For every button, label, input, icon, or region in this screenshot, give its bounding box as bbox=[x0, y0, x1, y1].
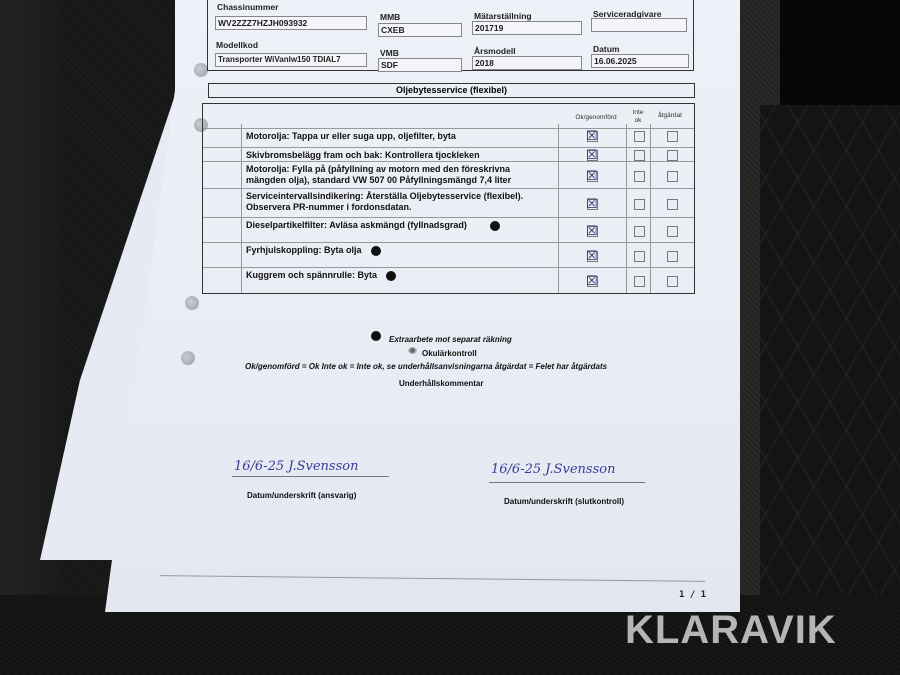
comment-heading: Underhållskommentar bbox=[399, 379, 483, 388]
fixed-checkbox[interactable] bbox=[667, 276, 678, 287]
check-mark-icon: ☒ bbox=[586, 148, 598, 161]
table-row: Motorolja: Tappa ur eller suga upp, olje… bbox=[203, 128, 694, 143]
check-mark-icon: ☒ bbox=[586, 129, 598, 142]
not-ok-checkbox[interactable] bbox=[634, 199, 645, 210]
extra-work-dot-icon bbox=[490, 221, 500, 231]
table-row: Kuggrem och spännrulle: Byta☒ bbox=[203, 267, 694, 294]
task-text: Kuggrem och spännrulle: Byta bbox=[246, 270, 486, 281]
table-row: Fyrhjulskoppling: Byta olja☒ bbox=[203, 242, 694, 268]
task-text: Serviceintervallsindikering: Återställa … bbox=[246, 191, 551, 213]
floor-mat bbox=[760, 105, 900, 675]
fixed-checkbox[interactable] bbox=[667, 131, 678, 142]
fixed-checkbox[interactable] bbox=[667, 199, 678, 210]
check-mark-icon: ☒ bbox=[586, 197, 598, 210]
seat-edge bbox=[0, 0, 60, 675]
fixed-checkbox[interactable] bbox=[667, 226, 678, 237]
table-row: Serviceintervallsindikering: Återställa … bbox=[203, 188, 694, 218]
date-label: Datum bbox=[593, 44, 619, 54]
signature-line-left bbox=[232, 476, 389, 477]
signature-caption-left: Datum/underskrift (ansvarig) bbox=[247, 491, 356, 500]
punch-hole bbox=[185, 296, 199, 310]
col-ok-header: Ok/genomförd bbox=[561, 114, 631, 122]
section-title: Oljebytesservice (flexibel) bbox=[208, 83, 695, 98]
odometer-label: Mätarställning bbox=[474, 11, 532, 21]
extra-work-dot-icon bbox=[371, 331, 381, 341]
model-field: Transporter WiVanlw150 TDIAL7 bbox=[215, 53, 367, 67]
date-field: 16.06.2025 bbox=[591, 54, 689, 68]
ok-checkbox[interactable]: ☒ bbox=[587, 276, 598, 287]
col-fixed-header: åtgärdat bbox=[655, 112, 685, 120]
ok-checkbox[interactable]: ☒ bbox=[587, 226, 598, 237]
col-not-ok-header: Inte ok bbox=[628, 109, 648, 125]
not-ok-checkbox[interactable] bbox=[634, 251, 645, 262]
task-text: Fyrhjulskoppling: Byta olja bbox=[246, 245, 486, 256]
table-row: Motorolja: Fylla på (påfyllning av motor… bbox=[203, 161, 694, 189]
vmb-label: VMB bbox=[380, 48, 399, 58]
task-text: Motorolja: Tappa ur eller suga upp, olje… bbox=[246, 131, 551, 142]
not-ok-checkbox[interactable] bbox=[634, 226, 645, 237]
mmb-label: MMB bbox=[380, 12, 400, 22]
punch-hole bbox=[181, 351, 195, 365]
signature-line-right bbox=[489, 482, 645, 483]
fixed-checkbox[interactable] bbox=[667, 251, 678, 262]
year-field: 2018 bbox=[472, 56, 582, 70]
col-not-ok-line2: ok bbox=[635, 117, 642, 124]
col-not-ok-line1: Inte bbox=[633, 109, 644, 116]
chassis-label: Chassinummer bbox=[217, 2, 278, 12]
fixed-checkbox[interactable] bbox=[667, 150, 678, 161]
ok-checkbox[interactable]: ☒ bbox=[587, 199, 598, 210]
mmb-field: CXEB bbox=[378, 23, 462, 37]
punch-hole bbox=[194, 63, 208, 77]
check-mark-icon: ☒ bbox=[586, 274, 598, 287]
ok-checkbox[interactable]: ☒ bbox=[587, 150, 598, 161]
legend-visual-check: Okulärkontroll bbox=[422, 349, 477, 358]
task-text: Motorolja: Fylla på (påfyllning av motor… bbox=[246, 164, 551, 186]
check-mark-icon: ☒ bbox=[586, 169, 598, 182]
fixed-checkbox[interactable] bbox=[667, 171, 678, 182]
advisor-field bbox=[591, 18, 687, 32]
check-mark-icon: ☒ bbox=[586, 224, 598, 237]
signature-left: 16/6-25 J.Svensson bbox=[234, 459, 358, 474]
year-label: Årsmodell bbox=[474, 46, 516, 56]
model-label: Modellkod bbox=[216, 40, 258, 50]
check-mark-icon: ☒ bbox=[586, 249, 598, 262]
task-table: Ok/genomförd Inte ok åtgärdat Motorolja:… bbox=[202, 103, 695, 294]
chassis-field: WV2ZZZ7HZJH093932 bbox=[215, 16, 367, 30]
task-text: Dieselpartikelfilter: Avläsa askmängd (f… bbox=[246, 220, 486, 231]
legend-extra-work: Extraarbete mot separat räkning bbox=[389, 335, 512, 344]
signature-caption-right: Datum/underskrift (slutkontroll) bbox=[504, 497, 624, 506]
eye-icon bbox=[408, 347, 417, 354]
extra-work-dot-icon bbox=[386, 271, 396, 281]
watermark-logo: KLARAVIK bbox=[625, 608, 837, 653]
table-row: Skivbromsbelägg fram och bak: Kontroller… bbox=[203, 147, 694, 162]
not-ok-checkbox[interactable] bbox=[634, 171, 645, 182]
not-ok-checkbox[interactable] bbox=[634, 150, 645, 161]
vmb-field: SDF bbox=[378, 58, 462, 72]
dark-background bbox=[780, 0, 900, 110]
table-row: Dieselpartikelfilter: Avläsa askmängd (f… bbox=[203, 217, 694, 243]
extra-work-dot-icon bbox=[371, 246, 381, 256]
page-number: 1 / 1 bbox=[679, 590, 706, 600]
odometer-field: 201719 bbox=[472, 21, 582, 35]
not-ok-checkbox[interactable] bbox=[634, 131, 645, 142]
signature-right: 16/6-25 J.Svensson bbox=[491, 462, 615, 477]
legend-explanation: Ok/genomförd = Ok Inte ok = Inte ok, se … bbox=[245, 362, 607, 371]
ok-checkbox[interactable]: ☒ bbox=[587, 171, 598, 182]
not-ok-checkbox[interactable] bbox=[634, 276, 645, 287]
task-text: Skivbromsbelägg fram och bak: Kontroller… bbox=[246, 150, 551, 161]
ok-checkbox[interactable]: ☒ bbox=[587, 251, 598, 262]
ok-checkbox[interactable]: ☒ bbox=[587, 131, 598, 142]
